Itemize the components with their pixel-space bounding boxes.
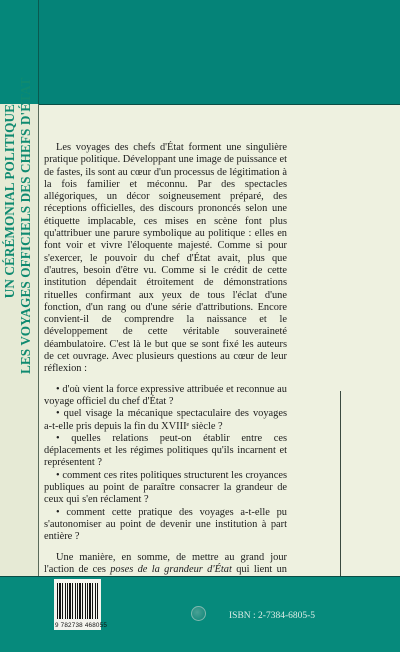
globe-logo-icon bbox=[191, 606, 206, 621]
spine-title: UN CÉRÉMONIAL POLITIQUE bbox=[2, 104, 18, 374]
question-item: • comment ces rites politiques structure… bbox=[44, 470, 287, 507]
barcode-number: 9 782738 468055 bbox=[55, 622, 101, 629]
top-color-band bbox=[0, 0, 400, 105]
question-item: • quelles relations peut-on établir entr… bbox=[44, 433, 287, 470]
question-item: • quel visage la mécanique spectaculaire… bbox=[44, 408, 287, 433]
question-item: • d'où vient la force expressive attribu… bbox=[44, 384, 287, 409]
conclusion-italic-phrase: poses de la grandeur d'État bbox=[110, 564, 232, 575]
barcode: 9 782738 468055 bbox=[54, 579, 101, 630]
question-item: • comment cette pratique des voyages a-t… bbox=[44, 507, 287, 544]
back-cover-blurb: Les voyages des chefs d'État forment une… bbox=[44, 142, 287, 650]
vertical-divider bbox=[340, 391, 341, 576]
barcode-bars bbox=[57, 583, 98, 619]
spine-title-block: UN CÉRÉMONIAL POLITIQUE LES VOYAGES OFFI… bbox=[2, 104, 38, 374]
isbn-label: ISBN : 2-7384-6805-5 bbox=[229, 611, 315, 621]
intro-paragraph: Les voyages des chefs d'État forment une… bbox=[44, 142, 287, 376]
spine-subtitle: LES VOYAGES OFFICIELS DES CHEFS D'ÉTAT bbox=[18, 104, 34, 374]
